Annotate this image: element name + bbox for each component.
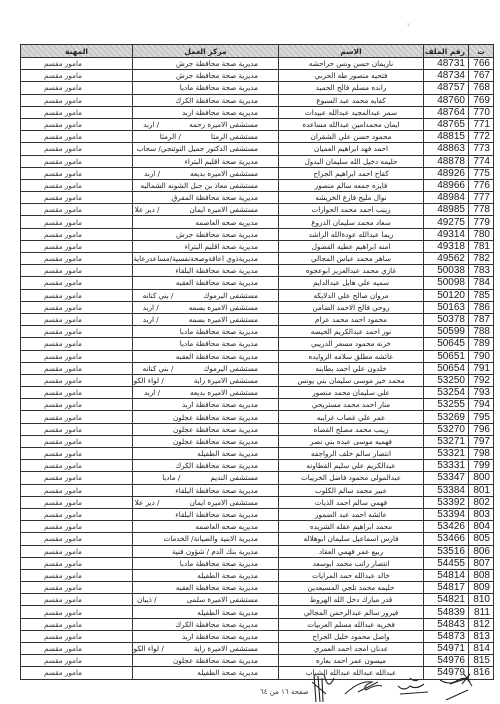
cell-profession: مامور مقسم xyxy=(21,606,133,618)
cell-profession: مامور مقسم xyxy=(21,423,133,435)
cell-seq: 812 xyxy=(469,618,494,630)
table-row: 77748984نوال مليح فارع الخريشهمديرية صحة… xyxy=(21,192,494,204)
cell-seq: 769 xyxy=(469,94,494,106)
workplace-text: مديرية صحة الطفيله xyxy=(197,608,258,617)
table-row: 77949275سعاد محمد سليمان الدروعمديريه صح… xyxy=(21,216,494,228)
cell-file-no: 48984 xyxy=(424,192,469,204)
cell-name: عدنان امجد احمد العمري xyxy=(279,643,424,655)
workplace-text: مستشفى الدكتور جميل التوتنجي/ سحاب xyxy=(137,144,258,153)
table-row: 79353254علي سليمان محمد منصورمستشفى الام… xyxy=(21,387,494,399)
cell-file-no: 54455 xyxy=(424,557,469,569)
workplace-text: مديرية صحة محافظة الكرك xyxy=(175,96,258,105)
cell-file-no: 53516 xyxy=(424,545,469,557)
workplace-text: مستشفى اليرموك xyxy=(203,364,258,373)
cell-seq: 795 xyxy=(469,411,494,423)
cell-workplace: مديرية صحة محافظة البلقاء xyxy=(133,484,279,496)
workplace-location: / مادبا xyxy=(162,472,180,483)
cell-name: فيروز سالم عبدالرحمن المجالي xyxy=(279,606,424,618)
cell-name: امنه ابراهيم عطيه الفضول xyxy=(279,240,424,252)
cell-workplace: مديرية صحة محافظة الكرك xyxy=(133,460,279,472)
cell-workplace: مستشفى الاميره بديعه/ اربد xyxy=(133,167,279,179)
cell-file-no: 49318 xyxy=(424,240,469,252)
table-row: 78450098سميه علي هايل عبدالدايممديرية صح… xyxy=(21,277,494,289)
cell-file-no: 53270 xyxy=(424,423,469,435)
cell-name: رانده مسلم فالح الحميد xyxy=(279,82,424,94)
cell-seq: 801 xyxy=(469,484,494,496)
table-row: 78049314ريما عبدالله عودةالله الراشدمدير… xyxy=(21,228,494,240)
workplace-text: مستشفى الاميره ايمان xyxy=(189,205,258,214)
workplace-text: مستشفى النديم xyxy=(210,473,258,482)
cell-seq: 767 xyxy=(469,70,494,82)
table-row: 76948760كفايه محمد عبد السبوعمديرية صحة … xyxy=(21,94,494,106)
cell-file-no: 53426 xyxy=(424,521,469,533)
cell-seq: 808 xyxy=(469,569,494,581)
cell-file-no: 54843 xyxy=(424,618,469,630)
cell-workplace: مديرية صحة الطفيله xyxy=(133,569,279,581)
cell-profession: مامور مقسم xyxy=(21,557,133,569)
table-header-row: ت رقم الملف الاسم مركز العمل المهنة xyxy=(21,45,494,58)
cell-seq: 768 xyxy=(469,82,494,94)
cell-workplace: مديريه صحه العاصمه xyxy=(133,216,279,228)
cell-file-no: 50651 xyxy=(424,350,469,362)
cell-workplace: مديرية صحة محافظة عجلون xyxy=(133,435,279,447)
cell-name: عبدالكريم علي سليم القطاونه xyxy=(279,460,424,472)
table-row: 80053347عبدالمولى محمود فاضل الخريباتمست… xyxy=(21,472,494,484)
cell-workplace: مديريه صحة محافظة اربد xyxy=(133,399,279,411)
workplace-text: مستشفى معاذ بن جبل الشونه الشماليه xyxy=(141,181,258,190)
cell-name: محمد ابراهيم عقله الشريده xyxy=(279,521,424,533)
table-row: 77548926كفاح احمد ابراهيم الجراحمستشفى ا… xyxy=(21,167,494,179)
workplace-location: / الرمثا xyxy=(160,131,181,142)
cell-workplace: مديرية صحة محافظة جرش xyxy=(133,70,279,82)
workplace-location: / اربد xyxy=(143,119,159,130)
cell-name: فهمي سالم احمد الذيات xyxy=(279,496,424,508)
cell-file-no: 54821 xyxy=(424,594,469,606)
cell-profession: مامور مقسم xyxy=(21,569,133,581)
cell-seq: 799 xyxy=(469,460,494,472)
table-row: 81554976ميسون عمر احمد بعارهمديرية صحة م… xyxy=(21,655,494,667)
cell-profession: مامور مقسم xyxy=(21,496,133,508)
table-row: 79653270زينب محمد مصلح القضاهمديرية صحة … xyxy=(21,423,494,435)
cell-name: غازي محمد عبدالعزيز ابوعجوه xyxy=(279,265,424,277)
cell-name: عائشه احمد عبد الضمور xyxy=(279,508,424,520)
workplace-text: مديرية صحة اقليم البتراء xyxy=(184,242,258,251)
cell-file-no: 48764 xyxy=(424,106,469,118)
cell-profession: مامور مقسم xyxy=(21,630,133,642)
cell-workplace: مديرية صحة محافظة مادبا xyxy=(133,338,279,350)
cell-workplace: مستشفى الاميرة راية/ لواء الكورة xyxy=(133,374,279,386)
cell-workplace: مستشفى الدكتور جميل التوتنجي/ سحاب xyxy=(133,143,279,155)
cell-seq: 809 xyxy=(469,582,494,594)
cell-profession: مامور مقسم xyxy=(21,58,133,70)
cell-file-no: 48760 xyxy=(424,94,469,106)
workplace-text: مديرية صحة محافظة عجلون xyxy=(173,425,258,434)
table-row: 80453426محمد ابراهيم عقله الشريدهمديريه … xyxy=(21,521,494,533)
cell-profession: مامور مقسم xyxy=(21,350,133,362)
cell-seq: 787 xyxy=(469,313,494,325)
cell-name: ميسون عمر احمد بعاره xyxy=(279,655,424,667)
cell-profession: مامور مقسم xyxy=(21,399,133,411)
workplace-text: مديرية الابنية والصيانة/ الخدمات xyxy=(163,534,258,543)
workplace-text: مديريه صحة محافظة اربد xyxy=(182,632,258,641)
table-row: 81454971عدنان امجد احمد العمريمستشفى الا… xyxy=(21,643,494,655)
cell-file-no: 53321 xyxy=(424,448,469,460)
cell-name: فتحيه منصور طه الحربي xyxy=(279,70,424,82)
cell-workplace: مستشفى الرمثا/ الرمثا xyxy=(133,131,279,143)
workplace-location: / دير علا xyxy=(135,204,160,215)
cell-file-no: 54817 xyxy=(424,582,469,594)
cell-name: عبدالمولى محمود فاضل الخريبات xyxy=(279,472,424,484)
table-row: 80854814خالد عبدالله حمد المراياتمديرية … xyxy=(21,569,494,581)
cell-file-no: 50163 xyxy=(424,301,469,313)
cell-file-no: 54976 xyxy=(424,655,469,667)
workplace-text: مديرية صحة محافظة البلقاء xyxy=(175,486,258,495)
cell-seq: 793 xyxy=(469,387,494,399)
workplace-text: مستشفى اليرموك xyxy=(203,291,258,300)
workplace-text: مديرية صحة محافظة مادبا xyxy=(180,559,258,568)
cell-seq: 771 xyxy=(469,118,494,130)
workplace-text: مديرية صحة الطفيله xyxy=(197,668,258,677)
cell-seq: 780 xyxy=(469,228,494,240)
cell-workplace: مديرية صحة محافظة مادبا xyxy=(133,82,279,94)
cell-profession: مامور مقسم xyxy=(21,533,133,545)
cell-file-no: 50098 xyxy=(424,277,469,289)
table-row: 76748734فتحيه منصور طه الحربيمديرية صحة … xyxy=(21,70,494,82)
cell-file-no: 50645 xyxy=(424,338,469,350)
cell-profession: مامور مقسم xyxy=(21,204,133,216)
employee-table: ت رقم الملف الاسم مركز العمل المهنة 7664… xyxy=(20,44,494,680)
cell-profession: مامور مقسم xyxy=(21,374,133,386)
table-row: 77148765ايمان محمدامين عبدالله مساعدهمست… xyxy=(21,118,494,130)
cell-file-no: 53269 xyxy=(424,411,469,423)
cell-name: زينب احمد محمد الحوارات xyxy=(279,204,424,216)
workplace-text: مديريه صحه العاصمه xyxy=(195,522,258,531)
cell-seq: 798 xyxy=(469,448,494,460)
cell-workplace: مديرية صحة محافظة الكرك xyxy=(133,618,279,630)
workplace-text: مديرية صحة محافظة العقبه xyxy=(176,352,258,361)
cell-workplace: مديرية صحة محافظة مادبا xyxy=(133,326,279,338)
cell-workplace: مديرية الابنية والصيانة/ الخدمات xyxy=(133,533,279,545)
cell-workplace: مديرية صحة محافظة مادبا xyxy=(133,557,279,569)
cell-seq: 774 xyxy=(469,155,494,167)
cell-file-no: 50654 xyxy=(424,362,469,374)
cell-profession: مامور مقسم xyxy=(21,387,133,399)
cell-name: فخريه عبدالله مسلم العربيات xyxy=(279,618,424,630)
cell-seq: 800 xyxy=(469,472,494,484)
cell-name: سميه علي هايل عبدالدايم xyxy=(279,277,424,289)
workplace-text: مديرية صحة الطفيله xyxy=(197,449,258,458)
table-row: 77848985زينب احمد محمد الحواراتمستشفى ال… xyxy=(21,204,494,216)
cell-workplace: مديريه صحة محافظة اربد xyxy=(133,630,279,642)
cell-name: مروان صالح علي الدلايكه xyxy=(279,289,424,301)
cell-profession: مامور مقسم xyxy=(21,289,133,301)
workplace-text: مستشفى الاميره بسمه xyxy=(189,303,258,312)
workplace-text: مستشفى الاميرة سلمى xyxy=(187,595,258,604)
cell-name: حليمه دخيل الله سليمان البدول xyxy=(279,155,424,167)
cell-profession: مامور مقسم xyxy=(21,313,133,325)
table-row: 79453255منار احمد محمد مستريحيمديريه صحة… xyxy=(21,399,494,411)
cell-workplace: مديرية صحة الطفيله xyxy=(133,667,279,679)
cell-seq: 784 xyxy=(469,277,494,289)
cell-seq: 788 xyxy=(469,326,494,338)
cell-workplace: مديرية صحة محافظة الكرك xyxy=(133,94,279,106)
workplace-location: / اربد xyxy=(143,302,159,313)
cell-seq: 797 xyxy=(469,435,494,447)
cell-workplace: مستشفى اليرموك/ بني كنانه xyxy=(133,289,279,301)
table-row: 77248815محمود حسن علي الشقرانمستشفى الرم… xyxy=(21,131,494,143)
cell-name: حليمه محمد تلجي المسيعدين xyxy=(279,582,424,594)
table-row: 78950645خزنه محمود مسعر الدريبيمديرية صح… xyxy=(21,338,494,350)
cell-file-no: 53331 xyxy=(424,460,469,472)
table-body: 76648731ناريمان حسن ونس حراحشهمديرية صحة… xyxy=(21,58,494,680)
cell-workplace: مستشفى الاميره ايمان/ دير علا xyxy=(133,496,279,508)
cell-workplace: مديرية صحة اقليم البتراء xyxy=(133,240,279,252)
cell-profession: مامور مقسم xyxy=(21,472,133,484)
cell-profession: مامور مقسم xyxy=(21,118,133,130)
cell-file-no: 48731 xyxy=(424,58,469,70)
table-row: 77648966فايزه جمعه سالم منصورمستشفى معاذ… xyxy=(21,179,494,191)
cell-file-no: 49314 xyxy=(424,228,469,240)
cell-workplace: مديرية صحة محافظة العقبه xyxy=(133,277,279,289)
cell-profession: مامور مقسم xyxy=(21,594,133,606)
header-seq: ت xyxy=(469,45,494,58)
workplace-text: مديرية صحة محافظة مادبا xyxy=(180,339,258,348)
cell-file-no: 49562 xyxy=(424,253,469,265)
table-row: 78149318امنه ابراهيم عطيه الفضولمديرية ص… xyxy=(21,240,494,252)
cell-name: زينب محمد مصلح القضاه xyxy=(279,423,424,435)
cell-file-no: 53250 xyxy=(424,374,469,386)
cell-workplace: مديريه صحة محافظة اربد xyxy=(133,106,279,118)
cell-workplace: مستشفى الاميره بسمه/ اربد xyxy=(133,301,279,313)
workplace-text: مديرية صحة محافظة جرش xyxy=(176,230,258,239)
cell-profession: مامور مقسم xyxy=(21,545,133,557)
cell-name: انتصار سالم خلف الرواجفه xyxy=(279,448,424,460)
cell-workplace: مستشفى اليرموك/ بني كنانه xyxy=(133,362,279,374)
cell-seq: 772 xyxy=(469,131,494,143)
workplace-text: مديرية صحة محافظة عجلون xyxy=(173,413,258,422)
cell-profession: مامور مقسم xyxy=(21,167,133,179)
cell-workplace: مستشفى الاميره بديعه/ اربد xyxy=(133,387,279,399)
cell-workplace: مستشفى الاميرة سلمى/ ذيبان xyxy=(133,594,279,606)
cell-name: ريما عبدالله عودةالله الراشد xyxy=(279,228,424,240)
table-row: 79953331عبدالكريم علي سليم القطاونهمديري… xyxy=(21,460,494,472)
workplace-text: مديرية صحة محافظة المفرق xyxy=(172,193,258,202)
table-row: 79253250محمد خير موسى سليمان بني يونسمست… xyxy=(21,374,494,386)
table-row: 81354873واصل محمود خليل الجراحمديريه صحة… xyxy=(21,630,494,642)
cell-profession: مامور مقسم xyxy=(21,326,133,338)
cell-profession: مامور مقسم xyxy=(21,253,133,265)
cell-profession: مامور مقسم xyxy=(21,70,133,82)
cell-file-no: 48926 xyxy=(424,167,469,179)
cell-seq: 785 xyxy=(469,289,494,301)
workplace-location: / اربد xyxy=(144,387,160,398)
table-row: 80754455انتصار راتب محمد ابوسعدمديرية صح… xyxy=(21,557,494,569)
cell-seq: 783 xyxy=(469,265,494,277)
cell-name: ايمان محمدامين عبدالله مساعده xyxy=(279,118,424,130)
cell-file-no: 48863 xyxy=(424,143,469,155)
cell-name: كفايه محمد عبد السبوع xyxy=(279,94,424,106)
table-row: 78850599نور احمد عبدالكريم الحيصهمديرية … xyxy=(21,326,494,338)
table-row: 77348863احمد فهد ابراهيم العميانمستشفى ا… xyxy=(21,143,494,155)
cell-file-no: 50120 xyxy=(424,289,469,301)
cell-file-no: 54873 xyxy=(424,630,469,642)
cell-seq: 779 xyxy=(469,216,494,228)
workplace-text: مستشفى الاميره بديعه xyxy=(190,169,258,178)
cell-name: ساهر محمد عباس المجالي xyxy=(279,253,424,265)
cell-name: علي سليمان محمد منصور xyxy=(279,387,424,399)
cell-name: خزنه محمود مسعر الدريبي xyxy=(279,338,424,350)
cell-workplace: مديرية صحة الطفيله xyxy=(133,606,279,618)
table-row: 79853321انتصار سالم خلف الرواجفهمديرية ص… xyxy=(21,448,494,460)
cell-profession: مامور مقسم xyxy=(21,655,133,667)
cell-workplace: مستشفى الاميره بسمه/ اربد xyxy=(133,313,279,325)
page-mark: ٢ xyxy=(407,22,410,29)
cell-profession: مامور مقسم xyxy=(21,411,133,423)
workplace-text: مديرية صحة محافظة جرش xyxy=(176,71,258,80)
cell-seq: 806 xyxy=(469,545,494,557)
cell-seq: 814 xyxy=(469,643,494,655)
cell-name: كفاح احمد ابراهيم الجراح xyxy=(279,167,424,179)
cell-name: واصل محمود خليل الجراح xyxy=(279,630,424,642)
workplace-text: مديرية صحة محافظة البلقاء xyxy=(175,266,258,275)
cell-name: انتصار راتب محمد ابوسعد xyxy=(279,557,424,569)
workplace-location: / اربد xyxy=(144,168,160,179)
cell-seq: 804 xyxy=(469,521,494,533)
cell-file-no: 53394 xyxy=(424,508,469,520)
cell-workplace: مديرية صحة محافظة البلقاء xyxy=(133,265,279,277)
cell-workplace: مديرية صحة محافظة عجلون xyxy=(133,655,279,667)
cell-profession: مامور مقسم xyxy=(21,362,133,374)
workplace-text: مستشفى الاميره بديعه xyxy=(190,388,258,397)
cell-profession: مامور مقسم xyxy=(21,618,133,630)
workplace-text: مستشفى الرمثا xyxy=(211,132,258,141)
table-row: 81254843فخريه عبدالله مسلم العربياتمديري… xyxy=(21,618,494,630)
cell-workplace: مديرية صحة محافظة عجلون xyxy=(133,411,279,423)
cell-workplace: مديرية صحة اقليم البتراء xyxy=(133,155,279,167)
header-file-no: رقم الملف xyxy=(424,45,469,58)
cell-profession: مامور مقسم xyxy=(21,508,133,520)
cell-seq: 777 xyxy=(469,192,494,204)
cell-file-no: 53254 xyxy=(424,387,469,399)
cell-file-no: 48765 xyxy=(424,118,469,130)
cell-profession: مامور مقسم xyxy=(21,301,133,313)
cell-profession: مامور مقسم xyxy=(21,484,133,496)
cell-name: محمود حسن علي الشقران xyxy=(279,131,424,143)
cell-name: خالد عبدالله حمد المرايات xyxy=(279,569,424,581)
workplace-text: مديرية صحة محافظة جرش xyxy=(176,59,258,68)
table-row: 79753271فهميه موسى عبده بني نصرمديرية صح… xyxy=(21,435,494,447)
cell-workplace: مستشفى النديم/ مادبا xyxy=(133,472,279,484)
cell-file-no: 53255 xyxy=(424,399,469,411)
cell-name: نور احمد عبدالكريم الحيصه xyxy=(279,326,424,338)
cell-profession: مامور مقسم xyxy=(21,435,133,447)
cell-profession: مامور مقسم xyxy=(21,82,133,94)
table-row: 80353394عائشه احمد عبد الضمورمديرية صحة … xyxy=(21,508,494,520)
workplace-text: مستشفى الاميرة راية xyxy=(194,376,258,385)
table-row: 78550120مروان صالح علي الدلايكهمستشفى ال… xyxy=(21,289,494,301)
cell-file-no: 49275 xyxy=(424,216,469,228)
cell-name: قدر مبارك دخل الله الهروط xyxy=(279,594,424,606)
cell-name: فايزه جمعه سالم منصور xyxy=(279,179,424,191)
table-row: 80153384عبير محمد سالم الكلوبمديرية صحة … xyxy=(21,484,494,496)
cell-seq: 807 xyxy=(469,557,494,569)
cell-seq: 815 xyxy=(469,655,494,667)
workplace-text: مستشفى الاميره رحمه xyxy=(189,120,258,129)
workplace-text: مديريةذوي اعاقةوصحةنفسية/مساعدرعاية xyxy=(133,254,258,263)
cell-profession: مامور مقسم xyxy=(21,131,133,143)
cell-workplace: مستشفى الاميرة راية/ لواء الكورة xyxy=(133,643,279,655)
cell-profession: مامور مقسم xyxy=(21,667,133,679)
cell-seq: 803 xyxy=(469,508,494,520)
cell-profession: مامور مقسم xyxy=(21,179,133,191)
cell-profession: مامور مقسم xyxy=(21,106,133,118)
cell-file-no: 53271 xyxy=(424,435,469,447)
workplace-text: مديريه صحة محافظة اربد xyxy=(182,400,258,409)
table-row: 81154839فيروز سالم عبدالرحمن المجاليمدير… xyxy=(21,606,494,618)
cell-seq: 805 xyxy=(469,533,494,545)
cell-file-no: 53466 xyxy=(424,533,469,545)
workplace-text: مديرية صحة محافظة الكرك xyxy=(175,620,258,629)
cell-workplace: مديرية صحة محافظة عجلون xyxy=(133,423,279,435)
cell-file-no: 48757 xyxy=(424,82,469,94)
workplace-text: مديرية صحة اقليم البتراء xyxy=(184,157,258,166)
cell-workplace: مديرية صحة محافظة المفرق xyxy=(133,192,279,204)
header-workplace: مركز العمل xyxy=(133,45,279,58)
cell-file-no: 54839 xyxy=(424,606,469,618)
cell-workplace: مديريه صحه العاصمه xyxy=(133,521,279,533)
cell-name: عائشه مطلق سلامه الزوايده xyxy=(279,350,424,362)
table-row: 78249562ساهر محمد عباس المجاليمديريةذوي … xyxy=(21,253,494,265)
workplace-text: مديرية صحة محافظة عجلون xyxy=(173,437,258,446)
cell-file-no: 48966 xyxy=(424,179,469,191)
page-number: صفحة ١٦ من ٦٤ xyxy=(260,688,309,696)
table-row: 81054821قدر مبارك دخل الله الهروطمستشفى … xyxy=(21,594,494,606)
cell-seq: 813 xyxy=(469,630,494,642)
cell-seq: 792 xyxy=(469,374,494,386)
table-row: 79150654خلدون علي احمد بطاينهمستشفى الير… xyxy=(21,362,494,374)
table-row: 79553269عمر علي غصاب غرايبهمديرية صحة مح… xyxy=(21,411,494,423)
table-row: 78750378محمود احمد محمد عزاممستشفى الامي… xyxy=(21,313,494,325)
cell-profession: مامور مقسم xyxy=(21,643,133,655)
cell-file-no: 50599 xyxy=(424,326,469,338)
cell-seq: 790 xyxy=(469,350,494,362)
cell-workplace: مديرية صحة محافظة العقبه xyxy=(133,582,279,594)
cell-workplace: مديرية صحة محافظة العقبه xyxy=(133,350,279,362)
cell-seq: 811 xyxy=(469,606,494,618)
cell-workplace: مستشفى الاميره ايمان/ دير علا xyxy=(133,204,279,216)
table-row: 77448878حليمه دخيل الله سليمان البدولمدي… xyxy=(21,155,494,167)
cell-file-no: 48815 xyxy=(424,131,469,143)
cell-name: احمد فهد ابراهيم العميان xyxy=(279,143,424,155)
table-row: 80954817حليمه محمد تلجي المسيعدينمديرية … xyxy=(21,582,494,594)
table-row: 79050651عائشه مطلق سلامه الزوايدهمديرية … xyxy=(21,350,494,362)
workplace-text: مستشفى الاميره ايمان xyxy=(189,498,258,507)
cell-name: محمود احمد محمد عزام xyxy=(279,313,424,325)
table-row: 76648731ناريمان حسن ونس حراحشهمديرية صحة… xyxy=(21,58,494,70)
table-row: 80653516ربيع عمر فهمي العقادمديرية بنك ا… xyxy=(21,545,494,557)
cell-seq: 782 xyxy=(469,253,494,265)
signatures-image xyxy=(300,672,490,704)
cell-name: سمر عبدالمجيد عبدالله عبيدات xyxy=(279,106,424,118)
cell-file-no: 50038 xyxy=(424,265,469,277)
cell-name: ربيع عمر فهمي العقاد xyxy=(279,545,424,557)
table-row: 76848757رانده مسلم فالح الحميدمديرية صحة… xyxy=(21,82,494,94)
workplace-location: / اربد xyxy=(143,314,159,325)
cell-file-no: 50378 xyxy=(424,313,469,325)
workplace-text: مديرية صحة محافظة العقبه xyxy=(176,583,258,592)
cell-workplace: مديريةذوي اعاقةوصحةنفسية/مساعدرعاية xyxy=(133,253,279,265)
table-row: 77048764سمر عبدالمجيد عبدالله عبيداتمدير… xyxy=(21,106,494,118)
